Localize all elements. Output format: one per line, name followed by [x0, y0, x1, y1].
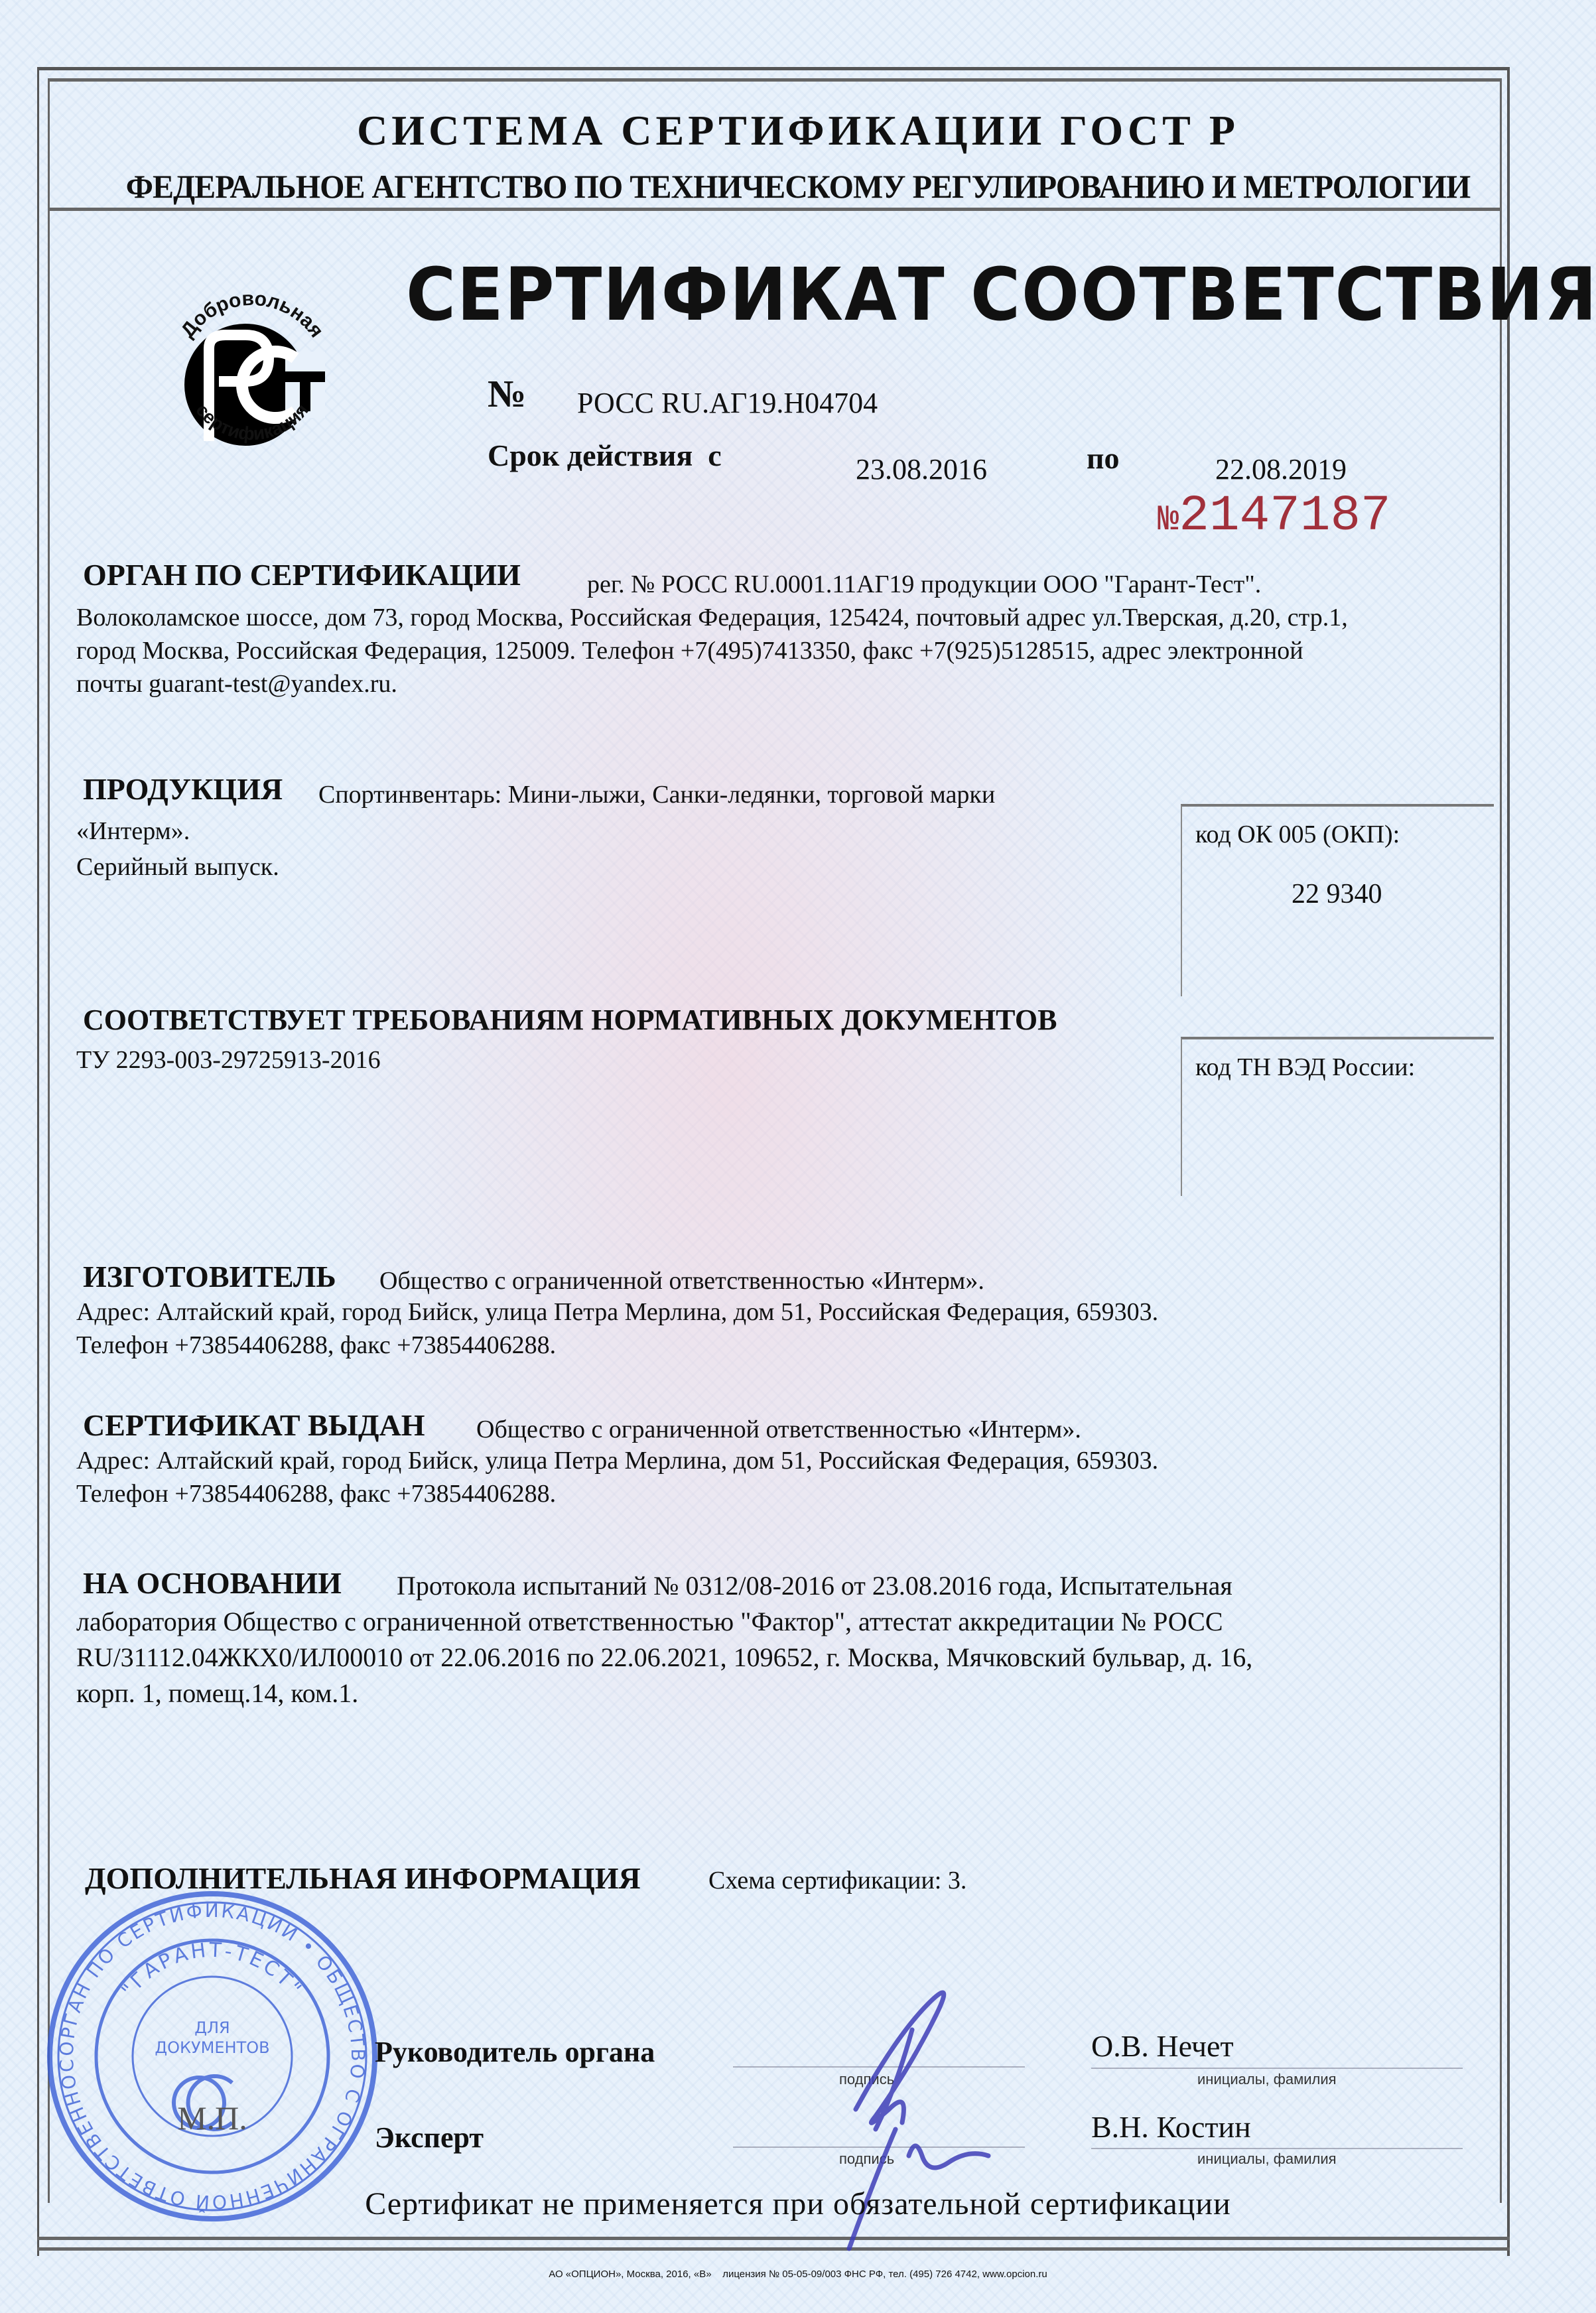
svg-text:ДЛЯ: ДЛЯ: [194, 2018, 230, 2037]
serial-number-value: 2147187: [1179, 488, 1390, 545]
basis-line-3: RU/31112.04ЖКХ0/ИЛ00010 от 22.06.2016 по…: [76, 1641, 1252, 1674]
okp-code-value: 22 9340: [1292, 878, 1382, 910]
certification-body-line-2: Волоколамское шоссе, дом 73, город Москв…: [76, 601, 1348, 634]
okp-code-label: код ОК 005 (ОКП):: [1195, 820, 1400, 849]
valid-to-label: по: [1087, 440, 1120, 476]
manufacturer-label: ИЗГОТОВИТЕЛЬ: [83, 1259, 336, 1294]
signature-role-head: Руководитель органа: [375, 2035, 655, 2069]
number-sign: №: [488, 371, 526, 416]
manufacturer-name: Общество с ограниченной ответственностью…: [379, 1264, 984, 1297]
validity-label: Срок действия с: [488, 438, 722, 473]
product-line-2: «Интерм».: [76, 815, 190, 848]
basis-line-1: Протокола испытаний № 0312/08-2016 от 23…: [397, 1569, 1232, 1603]
product-line-1: Спортинвентарь: Мини-лыжи, Санки-ледянки…: [318, 778, 995, 811]
issued-to-address: Адрес: Алтайский край, город Бийск, улиц…: [76, 1444, 1158, 1477]
certification-scheme: Схема сертификации: 3.: [708, 1864, 966, 1897]
blank-serial-number: №2147187: [1158, 488, 1391, 545]
certification-body-label: ОРГАН ПО СЕРТИФИКАЦИИ: [83, 557, 521, 592]
normative-document: ТУ 2293-003-29725913-2016: [76, 1043, 381, 1077]
name-line-expert: [1091, 2148, 1463, 2149]
certification-body-email: почты guarant-test@yandex.ru.: [76, 667, 397, 700]
basis-line-4: корп. 1, помещ.14, ком.1.: [76, 1677, 358, 1710]
name-caption-expert: инициалы, фамилия: [1197, 2150, 1337, 2168]
document-title: СЕРТИФИКАТ СООТВЕТСТВИЯ: [406, 252, 1596, 337]
seal-stamp-icon: ОРГАН ПО СЕРТИФИКАЦИИ • ОБЩЕСТВО С ОГРАН…: [40, 1884, 385, 2229]
agency-name: ФЕДЕРАЛЬНОЕ АГЕНТСТВО ПО ТЕХНИЧЕСКОМУ РЕ…: [32, 167, 1564, 206]
okp-code-box: код ОК 005 (ОКП): 22 9340: [1181, 804, 1494, 996]
tnved-code-label: код ТН ВЭД России:: [1195, 1053, 1415, 1082]
certificate-number: РОСС RU.АГ19.Н04704: [577, 386, 878, 420]
svg-text:ДОКУМЕНТОВ: ДОКУМЕНТОВ: [155, 2038, 269, 2057]
manufacturer-phone: Телефон +73854406288, факс +73854406288.: [76, 1329, 556, 1362]
name-line-head: [1091, 2068, 1463, 2069]
certification-body-line-3: город Москва, Российская Федерация, 1250…: [76, 634, 1303, 667]
product-line-3: Серийный выпуск.: [76, 850, 279, 884]
system-title: СИСТЕМА СЕРТИФИКАЦИИ ГОСТ Р: [0, 106, 1596, 155]
seal-stamp: ОРГАН ПО СЕРТИФИКАЦИИ • ОБЩЕСТВО С ОГРАН…: [40, 1884, 385, 2229]
header-divider: [48, 208, 1502, 211]
footer-divider-top: [37, 2237, 1510, 2240]
svg-text:"ГАРАНТ-ТЕСТ": "ГАРАНТ-ТЕСТ": [117, 1939, 308, 2002]
valid-to-date: 22.08.2019: [1215, 452, 1347, 486]
issued-to-name: Общество с ограниченной ответственностью…: [476, 1413, 1081, 1446]
printer-imprint: АО «ОПЦИОН», Москва, 2016, «В» лицензия …: [0, 2269, 1596, 2280]
basis-label: НА ОСНОВАНИИ: [83, 1565, 342, 1601]
product-label: ПРОДУКЦИЯ: [83, 771, 283, 807]
svg-text:М.П.: М.П.: [177, 2099, 247, 2137]
serial-number-sign: №: [1158, 500, 1179, 541]
rst-logo: Добровольная сертификация: [153, 279, 352, 478]
basis-line-2: лаборатория Общество с ограниченной отве…: [76, 1605, 1223, 1638]
footer-note: Сертификат не применяется при обязательн…: [0, 2186, 1596, 2222]
certification-body-line-1: рег. № РОСС RU.0001.11АГ19 продукции ООО…: [587, 568, 1261, 601]
manufacturer-address: Адрес: Алтайский край, город Бийск, улиц…: [76, 1295, 1158, 1329]
rst-logo-icon: Добровольная сертификация: [153, 279, 352, 478]
signatory-name-expert: В.Н. Костин: [1091, 2109, 1251, 2145]
name-caption-head: инициалы, фамилия: [1197, 2071, 1337, 2088]
valid-from-date: 23.08.2016: [856, 452, 987, 486]
footer-divider-bottom: [37, 2247, 1510, 2251]
signature-role-expert: Эксперт: [375, 2121, 484, 2154]
issued-to-label: СЕРТИФИКАТ ВЫДАН: [83, 1408, 425, 1443]
issued-to-phone: Телефон +73854406288, факс +73854406288.: [76, 1477, 556, 1510]
signatory-name-head: О.В. Нечет: [1091, 2028, 1234, 2064]
tnved-code-box: код ТН ВЭД России:: [1181, 1037, 1494, 1196]
conformity-label: СООТВЕТСТВУЕТ ТРЕБОВАНИЯМ НОРМАТИВНЫХ ДО…: [83, 1003, 1057, 1037]
